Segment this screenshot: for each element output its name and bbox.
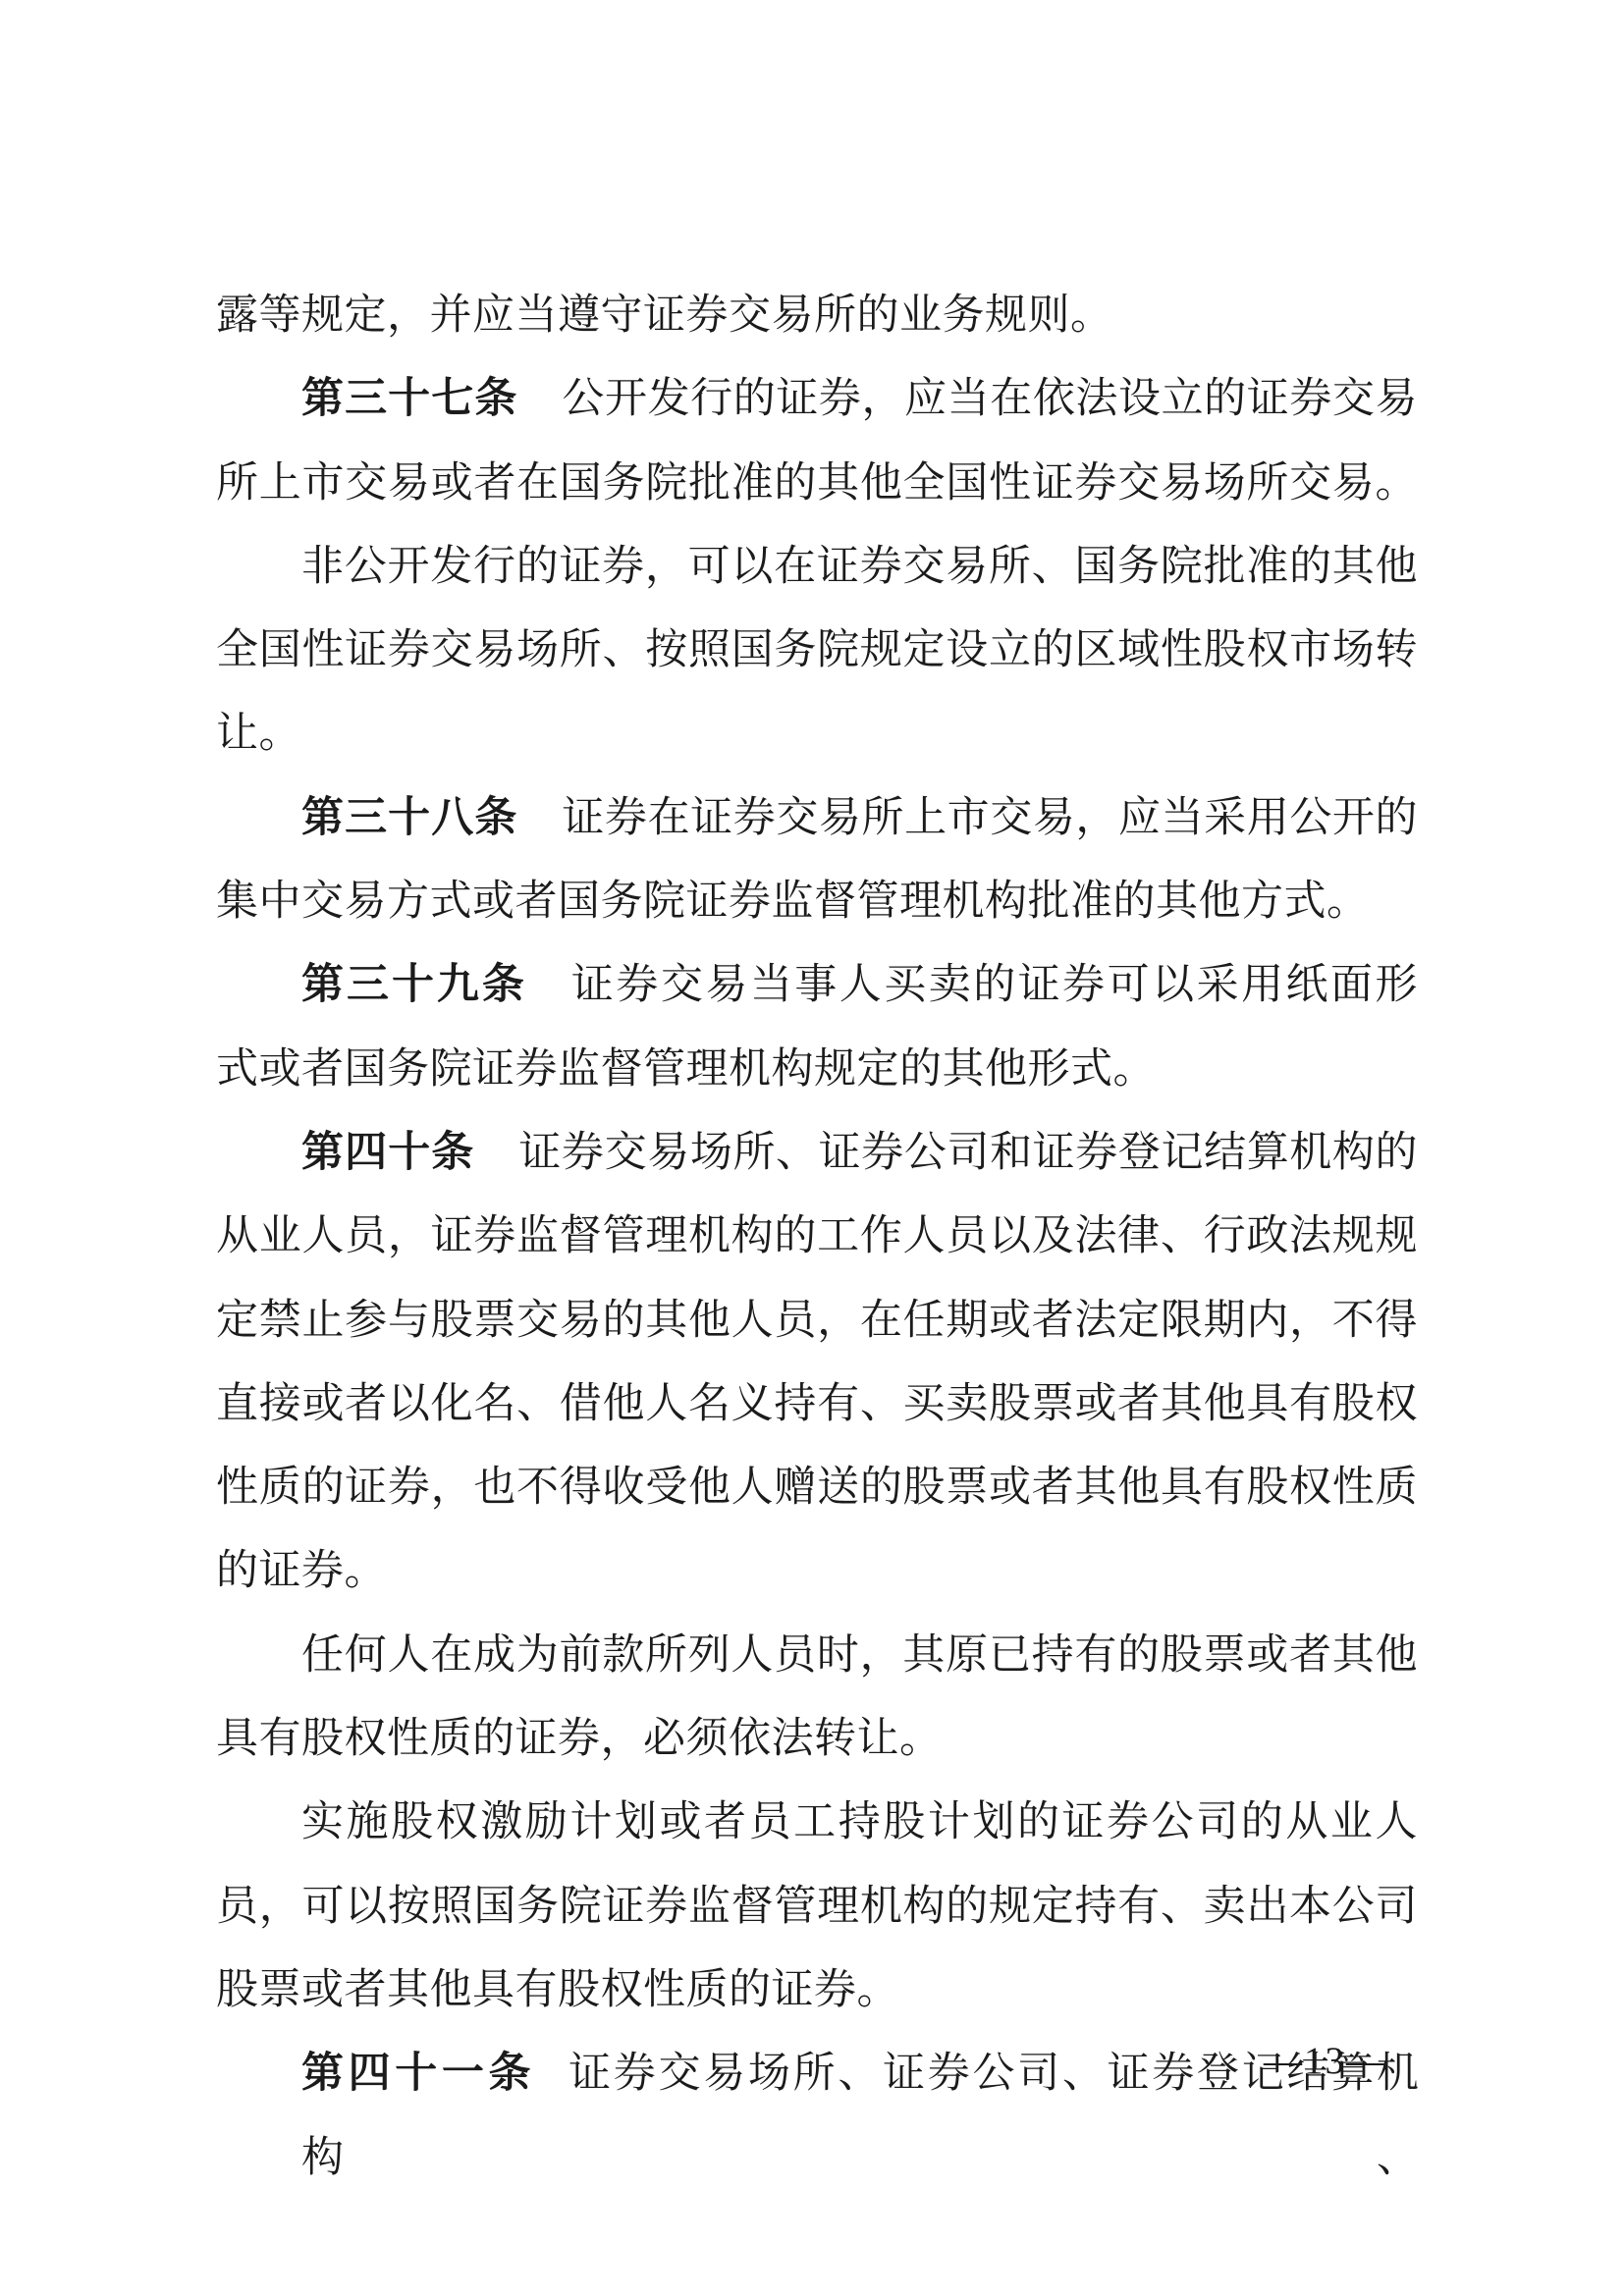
line-text: 直接或者以化名、借他人名义持有、买卖股票或者其他具有股权 [216, 1381, 1418, 1427]
line-text: 具有股权性质的证券，必须依法转让。 [216, 1716, 943, 1762]
article-number: 第三十七条 [301, 375, 517, 422]
article-number: 第四十一条 [301, 2050, 535, 2097]
line-text: 性质的证券，也不得收受他人赠送的股票或者其他具有股权性质 [216, 1465, 1418, 1511]
text-line: 直接或者以化名、借他人名义持有、买卖股票或者其他具有股权 [216, 1362, 1418, 1446]
line-text: 股票或者其他具有股权性质的证券。 [216, 1967, 899, 2013]
article-number: 第四十条 [301, 1129, 474, 1176]
text-line: 实施股权激励计划或者员工持股计划的证券公司的从业人 [216, 1781, 1418, 1864]
text-line: 定禁止参与股票交易的其他人员，在任期或者法定限期内，不得 [216, 1279, 1418, 1362]
text-line: 让。 [216, 692, 1418, 775]
article-number: 第三十九条 [301, 961, 527, 1008]
document-page: 露等规定，并应当遵守证券交易所的业务规则。第三十七条公开发行的证券，应当在依法设… [0, 0, 1624, 2296]
line-text: 露等规定，并应当遵守证券交易所的业务规则。 [216, 293, 1113, 339]
line-text: 证券在证券交易所上市交易，应当采用公开的 [562, 795, 1418, 841]
line-text: 实施股权激励计划或者员工持股计划的证券公司的从业人 [301, 1799, 1418, 1845]
text-line: 非公开发行的证券，可以在证券交易所、国务院批准的其他 [216, 525, 1418, 609]
text-line: 露等规定，并应当遵守证券交易所的业务规则。 [216, 274, 1418, 357]
line-text: 的证券。 [216, 1548, 387, 1594]
line-text: 证券交易场所、证券公司和证券登记结算机构的 [518, 1130, 1418, 1176]
text-line: 第三十八条证券在证券交易所上市交易，应当采用公开的 [216, 776, 1418, 860]
text-line: 第三十七条公开发行的证券，应当在依法设立的证券交易 [216, 357, 1418, 441]
text-line: 所上市交易或者在国务院批准的其他全国性证券交易场所交易。 [216, 442, 1418, 525]
document-body: 露等规定，并应当遵守证券交易所的业务规则。第三十七条公开发行的证券，应当在依法设… [216, 274, 1418, 2116]
text-line: 全国性证券交易场所、按照国务院规定设立的区域性股权市场转 [216, 609, 1418, 692]
article-number: 第三十八条 [301, 794, 517, 841]
line-text: 从业人员，证券监督管理机构的工作人员以及法律、行政法规规 [216, 1213, 1418, 1259]
text-line: 员，可以按照国务院证券监督管理机构的规定持有、卖出本公司 [216, 1865, 1418, 1949]
line-text: 非公开发行的证券，可以在证券交易所、国务院批准的其他 [301, 544, 1418, 590]
line-text: 所上市交易或者在国务院批准的其他全国性证券交易场所交易。 [216, 460, 1418, 507]
text-line: 的证券。 [216, 1529, 1418, 1613]
line-text: 员，可以按照国务院证券监督管理机构的规定持有、卖出本公司 [216, 1884, 1418, 1930]
text-line: 第三十九条证券交易当事人买卖的证券可以采用纸面形 [216, 943, 1418, 1027]
text-line: 从业人员，证券监督管理机构的工作人员以及法律、行政法规规 [216, 1195, 1418, 1278]
text-line: 性质的证券，也不得收受他人赠送的股票或者其他具有股权性质 [216, 1446, 1418, 1529]
line-text: 全国性证券交易场所、按照国务院规定设立的区域性股权市场转 [216, 627, 1418, 673]
page-number: —13— [1264, 2040, 1386, 2083]
text-line: 具有股权性质的证券，必须依法转让。 [216, 1697, 1418, 1781]
line-text: 式或者国务院证券监督管理机构规定的其他形式。 [216, 1046, 1156, 1093]
text-line: 股票或者其他具有股权性质的证券。 [216, 1949, 1418, 2032]
line-text: 公开发行的证券，应当在依法设立的证券交易 [562, 376, 1418, 422]
line-text: 定禁止参与股票交易的其他人员，在任期或者法定限期内，不得 [216, 1298, 1418, 1344]
line-text: 任何人在成为前款所列人员时，其原已持有的股票或者其他 [301, 1632, 1418, 1679]
text-line: 第四十条证券交易场所、证券公司和证券登记结算机构的 [216, 1111, 1418, 1195]
line-text: 让。 [216, 711, 301, 757]
line-text: 集中交易方式或者国务院证券监督管理机构批准的其他方式。 [216, 879, 1370, 925]
text-line: 任何人在成为前款所列人员时，其原已持有的股票或者其他 [216, 1614, 1418, 1697]
text-line: 式或者国务院证券监督管理机构规定的其他形式。 [216, 1028, 1418, 1111]
text-line: 集中交易方式或者国务院证券监督管理机构批准的其他方式。 [216, 860, 1418, 943]
line-text: 证券交易当事人买卖的证券可以采用纸面形 [571, 962, 1418, 1008]
text-line: 第四十一条证券交易场所、证券公司、证券登记结算机构、 [216, 2032, 1418, 2115]
